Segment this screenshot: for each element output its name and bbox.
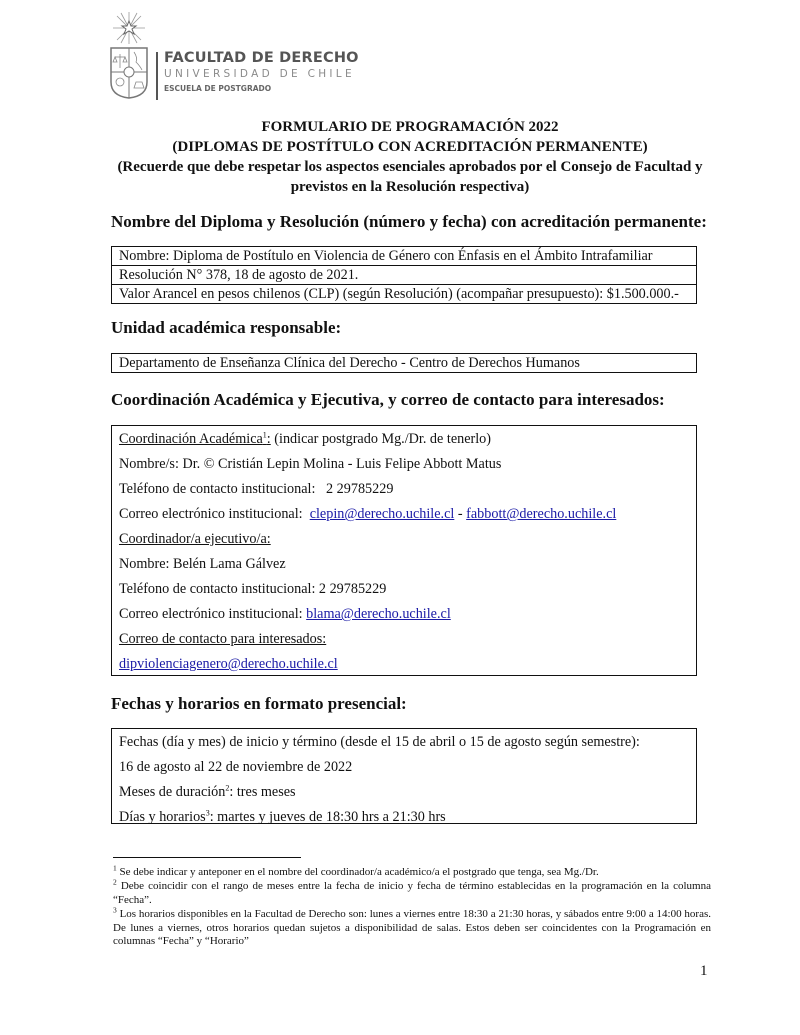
dates-label: Fechas (día y mes) de inicio y término (… — [112, 730, 696, 755]
section-heading-unit: Unidad académica responsable: — [111, 318, 341, 338]
academic-names: Nombre/s: Dr. © Cristián Lepin Molina - … — [112, 452, 696, 477]
document-subtitle: (DIPLOMAS DE POSTÍTULO CON ACREDITACIÓN … — [110, 137, 710, 157]
contact-email-row: dipviolenciagenero@derecho.uchile.cl — [112, 652, 696, 677]
footnote-3: 3 Los horarios disponibles en la Faculta… — [113, 908, 711, 949]
email-link-contact[interactable]: dipviolenciagenero@derecho.uchile.cl — [119, 656, 338, 672]
document-note-line2: previstos en la Resolución respectiva) — [110, 177, 710, 197]
resolution-row: Resolución N° 378, 18 de agosto de 2021. — [112, 265, 696, 284]
executive-email-row: Correo electrónico institucional: blama@… — [112, 602, 696, 627]
logo-divider — [156, 52, 158, 100]
email-separator: - — [454, 506, 466, 522]
logo-school-name: ESCUELA DE POSTGRADO — [164, 84, 359, 93]
logo-faculty-name: FACULTAD DE DERECHO — [164, 50, 359, 66]
document-title: FORMULARIO DE PROGRAMACIÓN 2022 — [110, 117, 710, 137]
page-number: 1 — [700, 963, 708, 980]
fee-row: Valor Arancel en pesos chilenos (CLP) (s… — [112, 284, 696, 303]
document-note-line1: (Recuerde que debe respetar los aspectos… — [110, 157, 710, 177]
executive-coordinator-label: Coordinador/a ejecutivo/a: — [112, 527, 696, 552]
coordination-box: Coordinación Académica1: (indicar postgr… — [111, 425, 697, 676]
dates-box: Fechas (día y mes) de inicio y término (… — [111, 728, 697, 824]
executive-email-label: Correo electrónico institucional: — [119, 606, 306, 622]
footnote-separator — [113, 857, 301, 858]
contact-email-label: Correo de contacto para interesados: — [112, 627, 696, 652]
diploma-info-table: Nombre: Diploma de Postítulo en Violenci… — [111, 246, 697, 304]
academic-phone: Teléfono de contacto institucional: 2 29… — [112, 477, 696, 502]
faculty-logo: FACULTAD DE DERECHO UNIVERSIDAD DE CHILE… — [106, 10, 306, 100]
section-heading-diploma: Nombre del Diploma y Resolución (número … — [111, 212, 707, 232]
schedule-row: Días y horarios3: martes y jueves de 18:… — [112, 805, 696, 830]
document-header: FORMULARIO DE PROGRAMACIÓN 2022 (DIPLOMA… — [110, 117, 710, 197]
academic-coordination-hint: (indicar postgrado Mg./Dr. de tenerlo) — [271, 431, 491, 447]
logo-university-name: UNIVERSIDAD DE CHILE — [164, 68, 359, 80]
section-heading-coordination: Coordinación Académica y Ejecutiva, y co… — [111, 390, 665, 410]
executive-phone: Teléfono de contacto institucional: 2 29… — [112, 577, 696, 602]
footnote-1: 1 Se debe indicar y anteponer en el nomb… — [113, 866, 711, 880]
email-link-fabbott[interactable]: fabbott@derecho.uchile.cl — [466, 506, 616, 522]
academic-email-label: Correo electrónico institucional: — [119, 506, 310, 522]
duration-row: Meses de duración2: tres meses — [112, 780, 696, 805]
academic-coordination-label: Coordinación Académica1: — [119, 431, 271, 447]
academic-unit-value: Departamento de Enseñanza Clínica del De… — [112, 354, 696, 372]
academic-email-row: Correo electrónico institucional: clepin… — [112, 502, 696, 527]
executive-coordinator-name: Nombre: Belén Lama Gálvez — [112, 552, 696, 577]
section-heading-dates: Fechas y horarios en formato presencial: — [111, 694, 407, 714]
academic-unit-box: Departamento de Enseñanza Clínica del De… — [111, 353, 697, 373]
academic-coordination-row: Coordinación Académica1: (indicar postgr… — [112, 427, 696, 452]
footnote-2: 2 Debe coincidir con el rango de meses e… — [113, 880, 711, 907]
dates-value: 16 de agosto al 22 de noviembre de 2022 — [112, 755, 696, 780]
university-crest-icon — [106, 10, 152, 100]
diploma-name-row: Nombre: Diploma de Postítulo en Violenci… — [112, 247, 696, 265]
email-link-blama[interactable]: blama@derecho.uchile.cl — [306, 606, 451, 622]
email-link-clepin[interactable]: clepin@derecho.uchile.cl — [310, 506, 455, 522]
